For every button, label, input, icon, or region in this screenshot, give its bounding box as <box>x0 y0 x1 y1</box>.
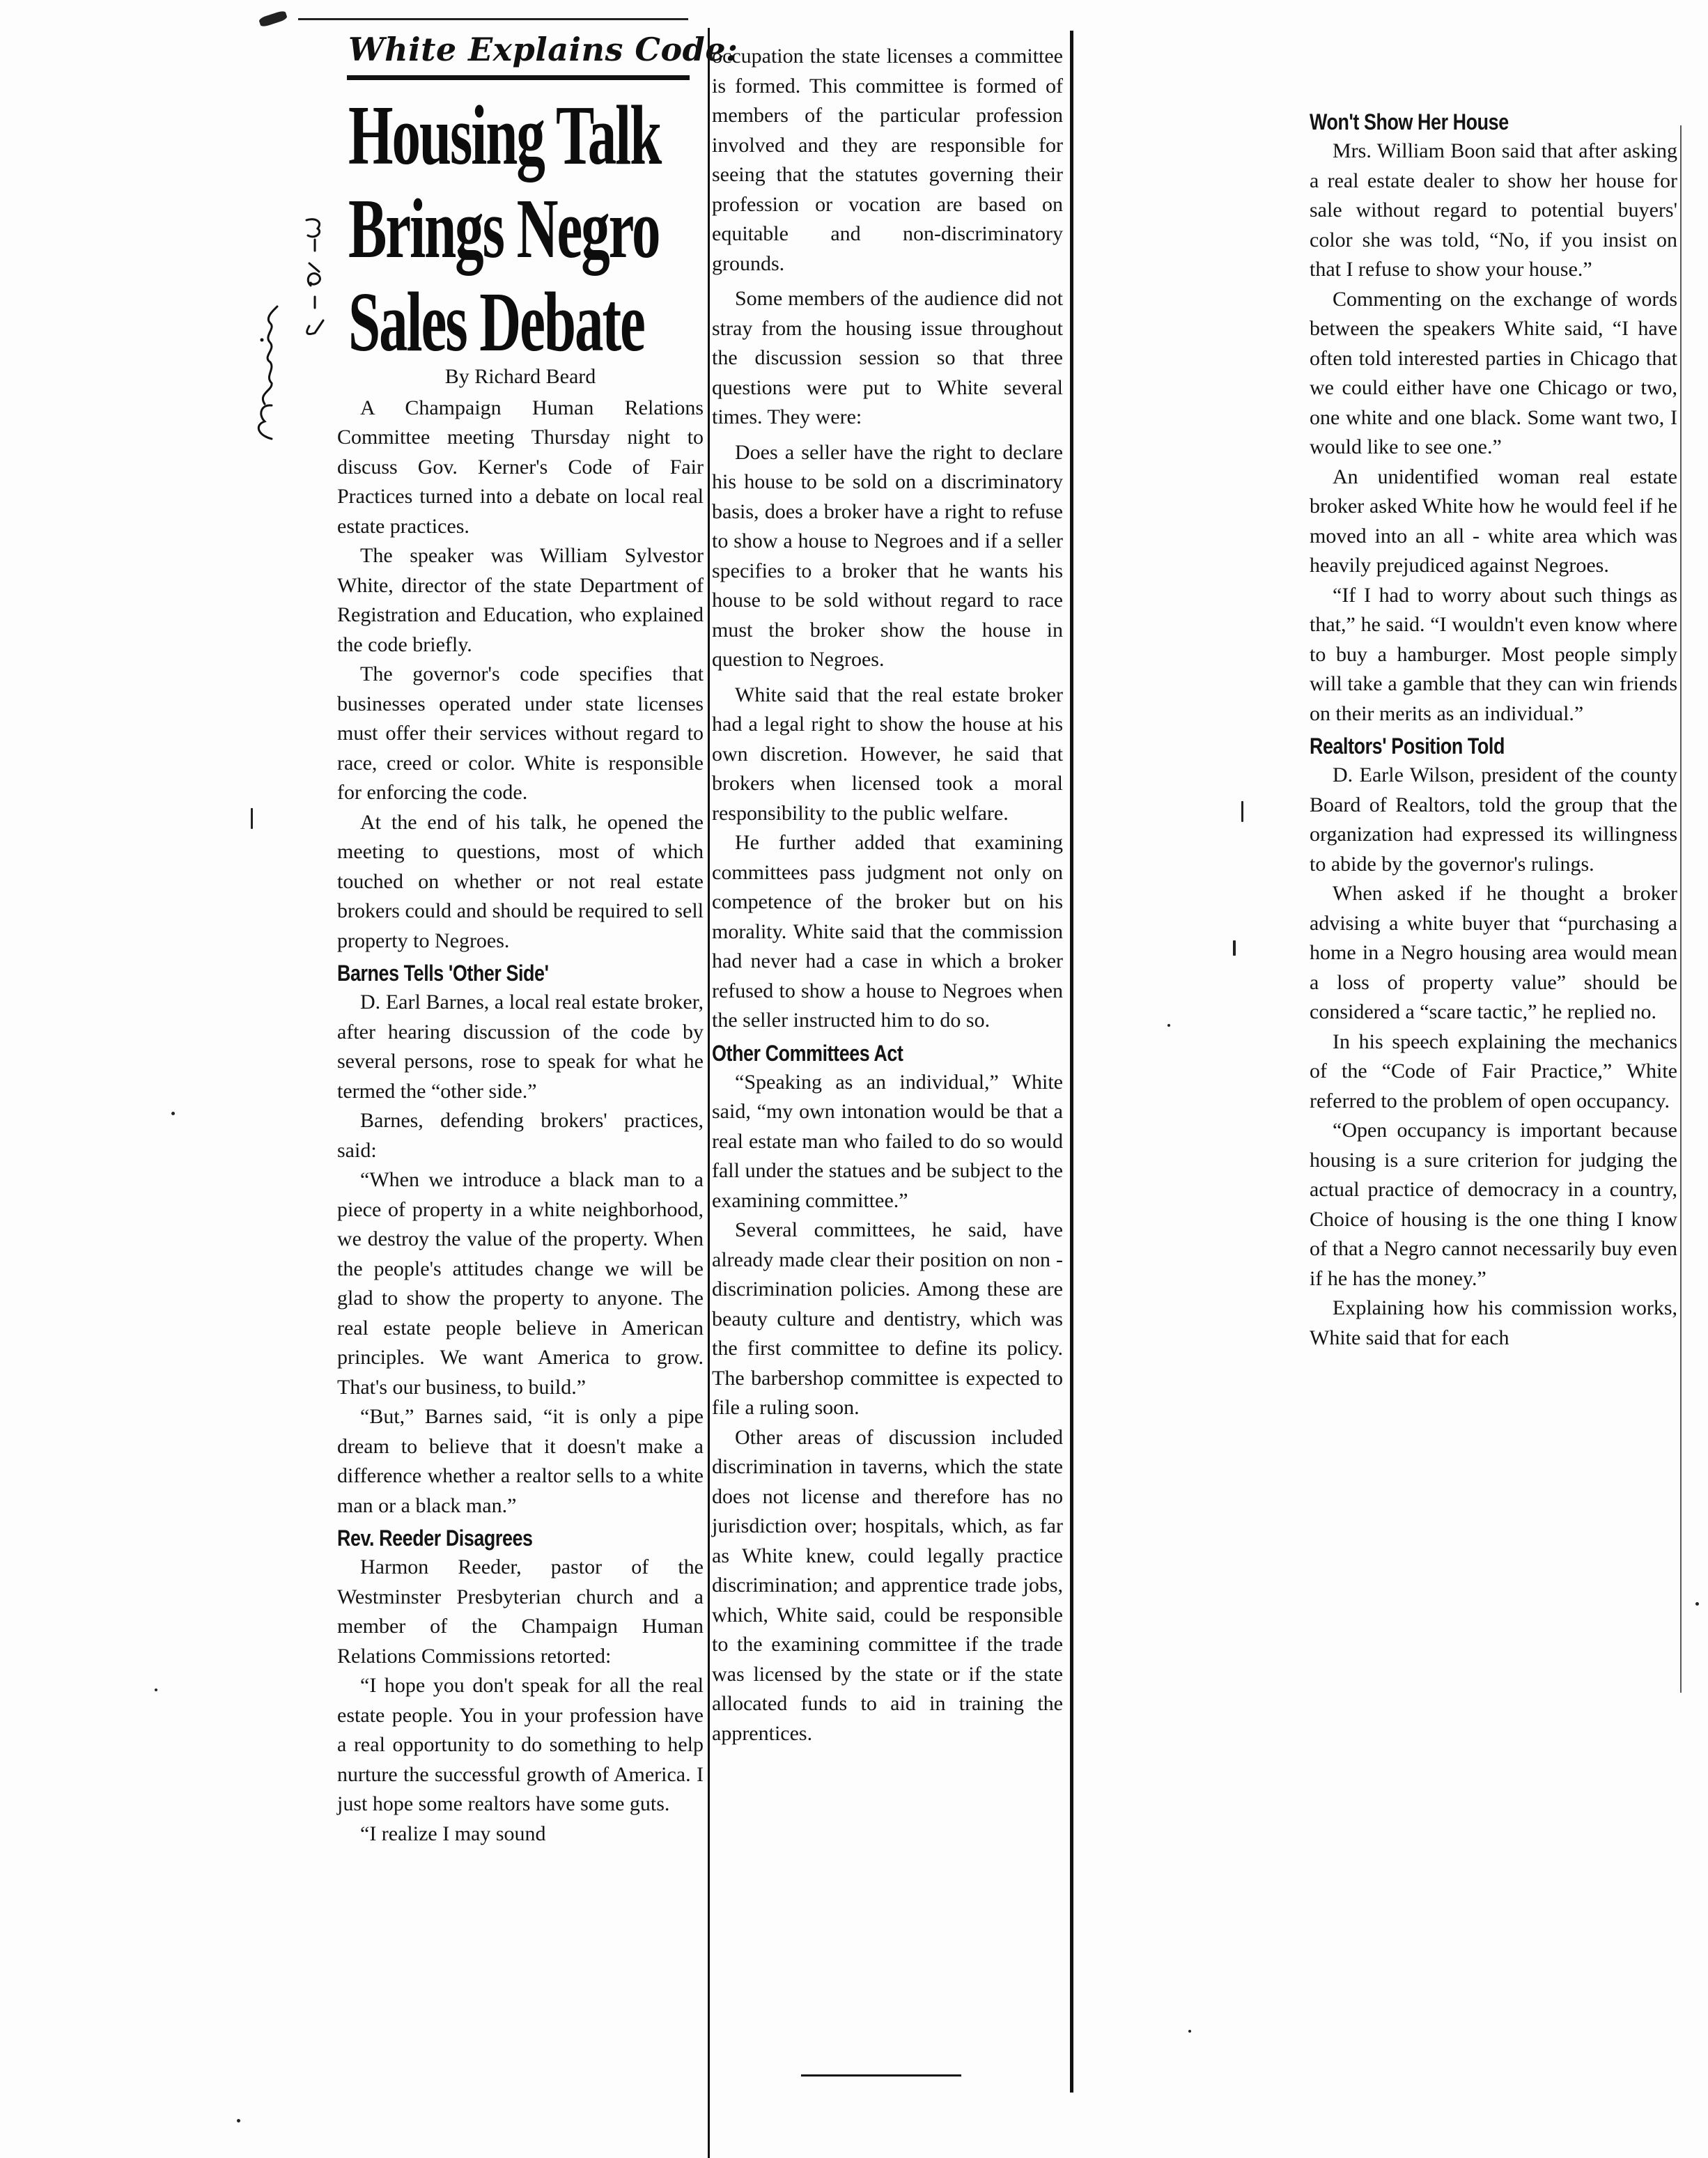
paragraph: “Speaking as an individual,” White said,… <box>712 1068 1063 1216</box>
byline: By Richard Beard <box>337 362 704 392</box>
scan-speck <box>237 2119 240 2122</box>
article-end-rule <box>801 2074 961 2077</box>
column-rule-left <box>708 28 710 2158</box>
paragraph: Does a seller have the right to declare … <box>712 438 1063 675</box>
paragraph: Other areas of discussion included discr… <box>712 1423 1063 1749</box>
column-rule-right <box>1680 125 1682 1693</box>
scan-speck <box>258 10 288 28</box>
scan-speck <box>171 1112 175 1115</box>
headline-line-3: Sales Debate <box>348 276 699 369</box>
paragraph: The speaker was William Sylvestor White,… <box>337 541 704 660</box>
paragraph: “If I had to worry about such things as … <box>1310 581 1677 729</box>
top-rule <box>298 18 688 20</box>
subhead: Won't Show Her House <box>1310 107 1619 137</box>
kicker-rule <box>347 75 690 80</box>
handwritten-annotation: Courier 7-20-63 <box>237 153 348 446</box>
column-rule-mid <box>1070 31 1073 2093</box>
scan-speck <box>1695 1602 1699 1606</box>
paragraph: Barnes, defending brokers' practices, sa… <box>337 1106 704 1165</box>
paragraph: Explaining how his commission works, Whi… <box>1310 1294 1677 1353</box>
paragraph: D. Earle Wilson, president of the county… <box>1310 761 1677 879</box>
subhead: Rev. Reeder Disagrees <box>337 1523 645 1553</box>
article-column-3: Won't Show Her House Mrs. William Boon s… <box>1310 104 1677 1353</box>
scan-speck <box>251 808 253 829</box>
article-column-1: By Richard Beard A Champaign Human Relat… <box>337 362 704 1849</box>
article-kicker: White Explains Code: <box>348 31 690 68</box>
headline-line-1: Housing Talk <box>348 89 699 183</box>
scanned-clipping-page: Courier 7-20-63 White Explains Code: Hou… <box>0 0 1708 2158</box>
article-headline: Housing Talk Brings Negro Sales Debate <box>348 89 585 369</box>
article-column-2: occupation the state licenses a committe… <box>712 42 1063 1748</box>
paragraph: “Open occupancy is important because hou… <box>1310 1116 1677 1294</box>
paragraph: Commenting on the exchange of words betw… <box>1310 285 1677 463</box>
paragraph-truncated: “I realize I may sound <box>337 1819 704 1849</box>
scan-speck <box>1167 1024 1170 1027</box>
headline-line-2: Brings Negro <box>348 183 699 276</box>
paragraph: He further added that examining committe… <box>712 828 1063 1036</box>
paragraph: D. Earl Barnes, a local real estate brok… <box>337 988 704 1106</box>
subhead: Other Committees Act <box>712 1039 1007 1068</box>
paragraph: A Champaign Human Relations Committee me… <box>337 394 704 542</box>
paragraph: Several committees, he said, have alread… <box>712 1216 1063 1423</box>
scan-speck <box>155 1689 157 1691</box>
paragraph: When asked if he thought a broker advisi… <box>1310 879 1677 1027</box>
paragraph: Some members of the audience did not str… <box>712 284 1063 433</box>
handwritten-courier-date-icon <box>237 153 348 446</box>
scan-speck <box>1241 801 1243 822</box>
paragraph: Mrs. William Boon said that after asking… <box>1310 137 1677 285</box>
paragraph: At the end of his talk, he opened the me… <box>337 808 704 956</box>
paragraph: occupation the state licenses a committe… <box>712 42 1063 279</box>
paragraph: “But,” Barnes said, “it is only a pipe d… <box>337 1402 704 1521</box>
subhead: Realtors' Position Told <box>1310 731 1619 761</box>
scan-speck <box>1233 940 1236 956</box>
paragraph: In his speech explaining the mechanics o… <box>1310 1027 1677 1117</box>
paragraph: The governor's code specifies that busin… <box>337 660 704 808</box>
paragraph: “I hope you don't speak for all the real… <box>337 1671 704 1819</box>
subhead: Barnes Tells 'Other Side' <box>337 958 645 988</box>
paragraph: An unidentified woman real estate broker… <box>1310 463 1677 581</box>
paragraph: White said that the real estate broker h… <box>712 681 1063 829</box>
scan-speck <box>1188 2030 1191 2033</box>
paragraph: Harmon Reeder, pastor of the Westminster… <box>337 1553 704 1671</box>
paragraph: “When we introduce a black man to a piec… <box>337 1165 704 1402</box>
